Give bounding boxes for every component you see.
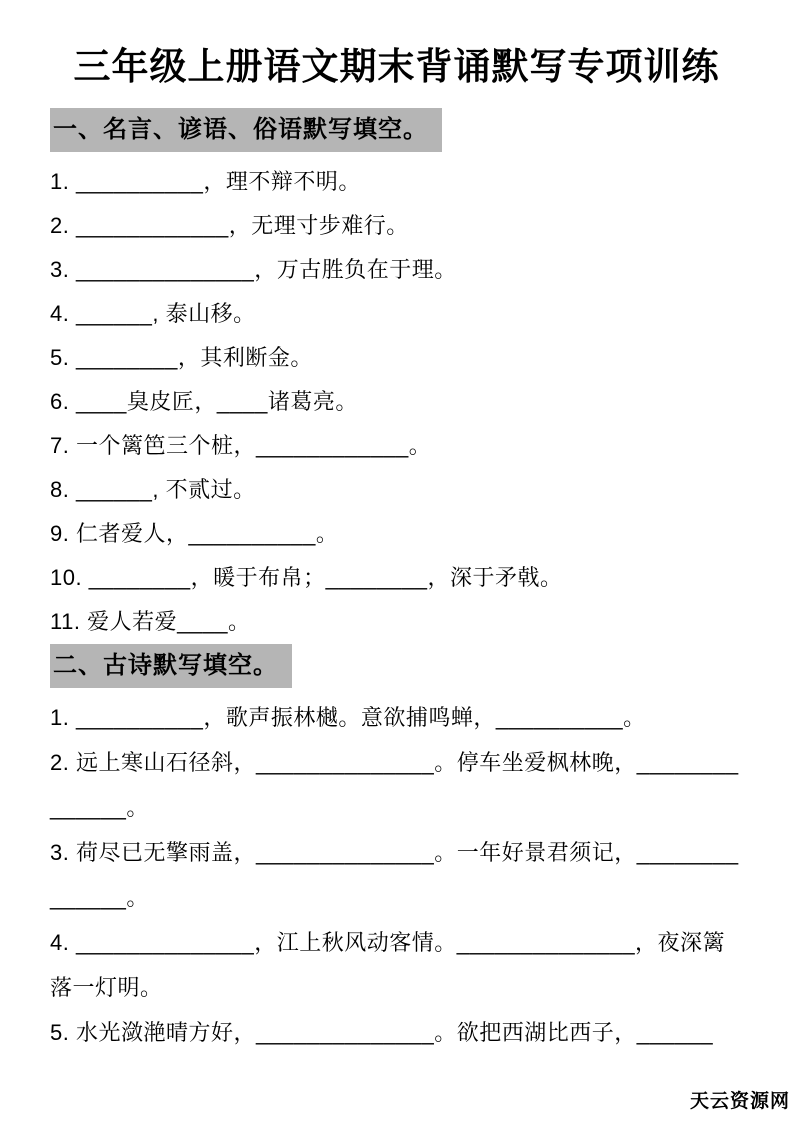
question-line: 5. ________，其利断金。: [50, 336, 743, 380]
watermark: 天云资源网: [690, 1086, 790, 1113]
question-line: 6. ____臭皮匠，____诸葛亮。: [50, 380, 743, 424]
page-title: 三年级上册语文期末背诵默写专项训练: [50, 42, 743, 92]
question-line: 4. ______, 泰山移。: [50, 292, 743, 336]
section-1-heading: 一、名言、谚语、俗语默写填空。: [50, 108, 442, 152]
section-2-question-list: 1. __________，歌声振林樾。意欲捕鸣蝉，__________。 2.…: [50, 695, 743, 1055]
section-2: 二、古诗默写填空。 1. __________，歌声振林樾。意欲捕鸣蝉，____…: [50, 644, 743, 1055]
worksheet-page: 三年级上册语文期末背诵默写专项训练 一、名言、谚语、俗语默写填空。 1. ___…: [0, 0, 793, 1055]
section-2-heading: 二、古诗默写填空。: [50, 644, 292, 688]
section-1-question-list: 1. __________，理不辩不明。 2. ____________，无理寸…: [50, 160, 743, 644]
question-line: 9. 仁者爱人，__________。: [50, 512, 743, 556]
question-line: 1. __________，歌声振林樾。意欲捕鸣蝉，__________。: [50, 695, 743, 740]
question-line: 4. ______________，江上秋风动客情。______________…: [50, 920, 743, 1010]
section-1: 一、名言、谚语、俗语默写填空。 1. __________，理不辩不明。 2. …: [50, 108, 743, 644]
question-line: 3. 荷尽已无擎雨盖，______________。一年好景君须记，______…: [50, 830, 743, 920]
question-line: 10. ________，暖于布帛；________，深于矛戟。: [50, 556, 743, 600]
question-line: 11. 爱人若爱____。: [50, 600, 743, 644]
question-line: 5. 水光潋滟晴方好，______________。欲把西湖比西子，______: [50, 1010, 743, 1055]
question-line: 1. __________，理不辩不明。: [50, 160, 743, 204]
question-line: 7. 一个篱笆三个桩，____________。: [50, 424, 743, 468]
question-line: 2. ____________，无理寸步难行。: [50, 204, 743, 248]
question-line: 8. ______, 不贰过。: [50, 468, 743, 512]
question-line: 3. ______________，万古胜负在于理。: [50, 248, 743, 292]
question-line: 2. 远上寒山石径斜，______________。停车坐爱枫林晚，______…: [50, 740, 743, 830]
